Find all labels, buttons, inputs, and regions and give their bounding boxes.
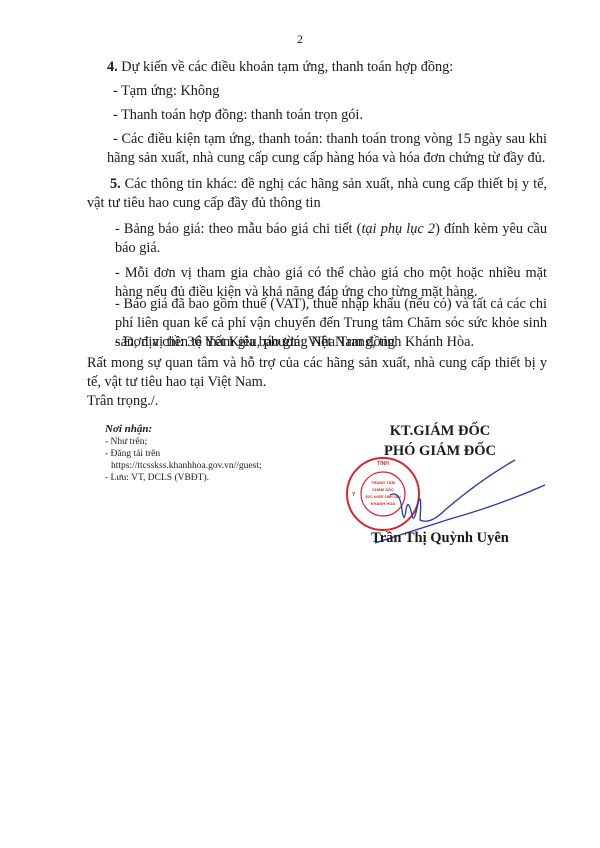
section-5-item: - Bảng báo giá: theo mẫu báo giá chi tiế… bbox=[115, 220, 547, 258]
closing-paragraph: Rất mong sự quan tâm và hỗ trợ của các h… bbox=[87, 354, 547, 392]
recipients-block: Nơi nhận: - Như trên; - Đăng tải trên ht… bbox=[105, 423, 305, 484]
recipient-item: - Đăng tải trên bbox=[105, 448, 305, 460]
recipients-title: Nơi nhận: bbox=[105, 423, 305, 436]
section-5-heading: 5. Các thông tin khác: đề nghị các hãng … bbox=[87, 175, 547, 213]
regards: Trân trọng./. bbox=[87, 392, 287, 411]
section-4-heading: 4. Dự kiến về các điều khoản tạm ứng, th… bbox=[107, 58, 547, 77]
signer-title: KT.GIÁM ĐỐC bbox=[340, 423, 540, 440]
recipient-item: - Như trên; bbox=[105, 436, 305, 448]
section-4-item: - Tạm ứng: Không bbox=[113, 82, 543, 101]
svg-text:Y: Y bbox=[352, 492, 356, 498]
signer-name: Trần Thị Quỳnh Uyên bbox=[340, 530, 540, 547]
section-4-item: - Thanh toán hợp đồng: thanh toán trọn g… bbox=[113, 106, 543, 125]
section-4-item: - Các điều kiện tạm ứng, thanh toán: tha… bbox=[107, 130, 547, 168]
recipient-item: - Lưu: VT, DCLS (VBĐT). bbox=[105, 472, 305, 484]
section-5-item: - Đơn vị tiền tệ tham gia báo giá: Việt … bbox=[115, 333, 547, 352]
page-number: 2 bbox=[0, 32, 600, 47]
recipient-link: https://ttcsskss.khanhhoa.gov.vn//guest; bbox=[105, 460, 305, 472]
